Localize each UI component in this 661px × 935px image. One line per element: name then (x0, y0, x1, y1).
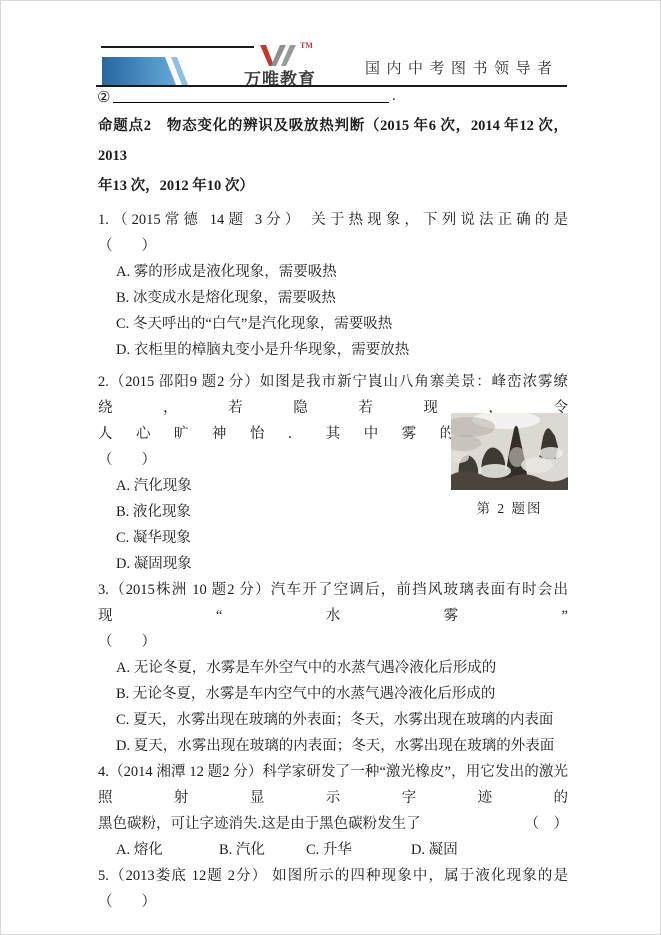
question-1-option-d: D. 衣柜里的樟脑丸变小是升华现象，需要放热 (98, 337, 568, 363)
mountain-photo (451, 413, 568, 490)
circled-number-marker: ② (97, 88, 110, 107)
question-2-option-c: C. 凝华现象 (98, 525, 568, 551)
question-5-answer-bracket: （ ） (98, 889, 568, 915)
question-5-stem: 5.（2013娄底 12题 2分） 如图所示的四种现象中，属于液化现象的是 (98, 863, 568, 889)
brand-tagline: 国内中考图书领导者 (365, 57, 559, 78)
brand-banner-graphic (102, 57, 192, 85)
question-1: 1.（2015常德 14题 3分） 关于热现象，下列说法正确的是 （ ） A. … (98, 207, 568, 363)
question-4-answer-bracket: （ ） (525, 811, 569, 837)
question-3-option-c: C. 夏天，水雾出现在玻璃的外表面；冬天，水雾出现在玻璃的内表面 (98, 707, 568, 733)
question-1-option-c: C. 冬天呼出的“白气”是汽化现象，需要吸热 (98, 311, 568, 337)
question-4: 4.（2014 湘潭 12 题2 分）科学家研发了一种“激光橡皮”，用它发出的激… (98, 759, 568, 863)
question-5: 5.（2013娄底 12题 2分） 如图所示的四种现象中，属于液化现象的是 （ … (98, 863, 568, 915)
fill-blank-line: ② . (97, 88, 417, 106)
question-3-option-a: A. 无论冬夏，水雾是车外空气中的水蒸气遇冷液化后形成的 (98, 655, 568, 681)
blank-underline (113, 102, 389, 103)
blank-period: . (392, 88, 396, 105)
question-1-stem: 1.（2015常德 14题 3分） 关于热现象，下列说法正确的是 (98, 207, 568, 233)
section-title-line1: 命题点2 物态变化的辨识及吸放热判断（2015 年6 次，2014 年12 次，… (98, 111, 568, 171)
question-3-answer-bracket: （ ） (98, 629, 568, 655)
question-1-option-a: A. 雾的形成是液化现象，需要吸热 (98, 259, 568, 285)
question-4-option-c: C. 升华 (306, 837, 352, 863)
question-4-stem-line2: 黑色碳粉，可让字迹消失.这是由于黑色碳粉发生了 (98, 811, 421, 837)
question-3-option-b: B. 无论冬夏，水雾是车内空气中的水蒸气遇冷液化后形成的 (98, 681, 568, 707)
document-page: TM 万唯教育 国内中考图书领导者 ② . 命题点2 物态变化的辨识及吸放热判断… (0, 0, 661, 935)
question-3: 3.（2015株洲 10 题2 分）汽车开了空调后，前挡风玻璃表面有时会出现“水… (98, 577, 568, 759)
question-1-answer-bracket: （ ） (98, 233, 568, 259)
question-3-stem: 3.（2015株洲 10 题2 分）汽车开了空调后，前挡风玻璃表面有时会出现“水… (98, 577, 568, 629)
question-4-option-a: A. 熔化 (116, 837, 163, 863)
question-3-option-d: D. 夏天，水雾出现在玻璃的内表面；冬天，水雾出现在玻璃的外表面 (98, 733, 568, 759)
question-2-option-d: D. 凝固现象 (98, 551, 568, 577)
question-4-options-row: A. 熔化 B. 汽化 C. 升华 D. 凝固 (98, 837, 568, 863)
section-title-line2: 年13 次，2012 年10 次） (98, 171, 568, 201)
header-top-rule (101, 46, 254, 48)
question-2-figure: 第 2 题图 (451, 413, 568, 517)
figure-caption: 第 2 题图 (451, 497, 568, 517)
question-4-option-b: B. 汽化 (219, 837, 265, 863)
question-1-option-b: B. 冰变成水是熔化现象，需要吸热 (98, 285, 568, 311)
question-4-option-d: D. 凝固 (411, 837, 458, 863)
brand-w-icon (259, 44, 299, 67)
trademark-icon: TM (300, 41, 313, 50)
header-bottom-rule (96, 85, 567, 87)
question-4-stem-line1: 4.（2014 湘潭 12 题2 分）科学家研发了一种“激光橡皮”，用它发出的激… (98, 759, 568, 811)
